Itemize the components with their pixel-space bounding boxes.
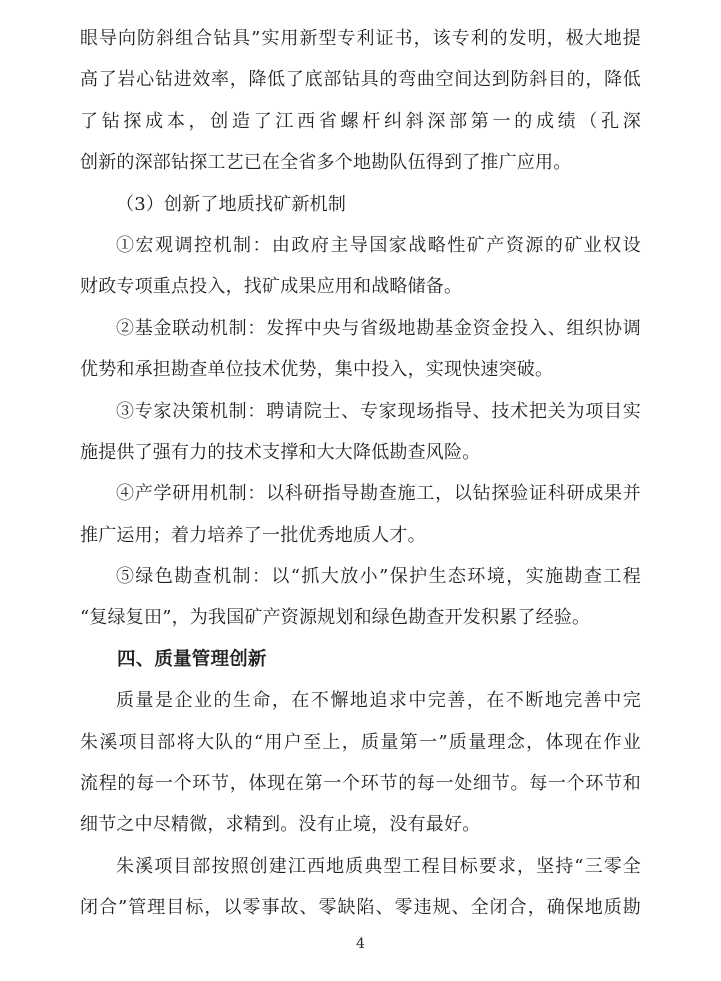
text-line: ③专家决策机制：聘请院士、专家现场指导、技术把关为项目实 bbox=[80, 391, 641, 432]
text-line: 朱溪项目部按照创建江西地质典型工程目标要求，坚持“三零全 bbox=[80, 846, 641, 887]
text-line: ⑤绿色勘查机制：以“抓大放小”保护生态环境，实施勘查工程 bbox=[80, 556, 641, 597]
text-line: （3）创新了地质找矿新机制 bbox=[80, 184, 641, 225]
text-line: 施提供了强有力的技术支撑和大大降低勘查风险。 bbox=[80, 432, 641, 473]
text-line: ④产学研用机制：以科研指导勘查施工，以钻探验证科研成果并 bbox=[80, 473, 641, 514]
text-line: 细节之中尽精微，求精到。没有止境，没有最好。 bbox=[80, 804, 641, 845]
text-line: 闭合”管理目标，以零事故、零缺陷、零违规、全闭合，确保地质勘 bbox=[80, 887, 641, 928]
text-line: ①宏观调控机制：由政府主导国家战略性矿产资源的矿业权设置， bbox=[80, 225, 641, 266]
text-line: 财政专项重点投入，找矿成果应用和战略储备。 bbox=[80, 266, 641, 307]
document-page: 眼导向防斜组合钻具”实用新型专利证书，该专利的发明，极大地提高了岩心钻进效率，降… bbox=[0, 0, 721, 981]
text-line: 流程的每一个环节，体现在第一个环节的每一处细节。每一个环节和 bbox=[80, 763, 641, 804]
text-line: 推广运用；着力培养了一批优秀地质人才。 bbox=[80, 515, 641, 556]
text-line: ②基金联动机制：发挥中央与省级地勘基金资金投入、组织协调 bbox=[80, 308, 641, 349]
text-line: “复绿复田”，为我国矿产资源规划和绿色勘查开发积累了经验。 bbox=[80, 597, 641, 638]
text-line: 眼导向防斜组合钻具”实用新型专利证书，该专利的发明，极大地提 bbox=[80, 18, 641, 59]
text-line: 创新的深部钻探工艺已在全省多个地勘队伍得到了推广应用。 bbox=[80, 142, 641, 183]
text-line: 朱溪项目部将大队的“用户至上，质量第一”质量理念，体现在作业 bbox=[80, 722, 641, 763]
page-number: 4 bbox=[0, 936, 721, 952]
section-heading: 四、质量管理创新 bbox=[80, 639, 641, 680]
document-body: 眼导向防斜组合钻具”实用新型专利证书，该专利的发明，极大地提高了岩心钻进效率，降… bbox=[80, 18, 641, 929]
text-line: 优势和承担勘查单位技术优势，集中投入，实现快速突破。 bbox=[80, 349, 641, 390]
text-line: 高了岩心钻进效率，降低了底部钻具的弯曲空间达到防斜目的，降低 bbox=[80, 59, 641, 100]
text-line: 质量是企业的生命，在不懈地追求中完善，在不断地完善中完美。 bbox=[80, 680, 641, 721]
text-line: 了钻探成本，创造了江西省螺杆纠斜深部第一的成绩（孔深 1600m）。 bbox=[80, 101, 641, 142]
